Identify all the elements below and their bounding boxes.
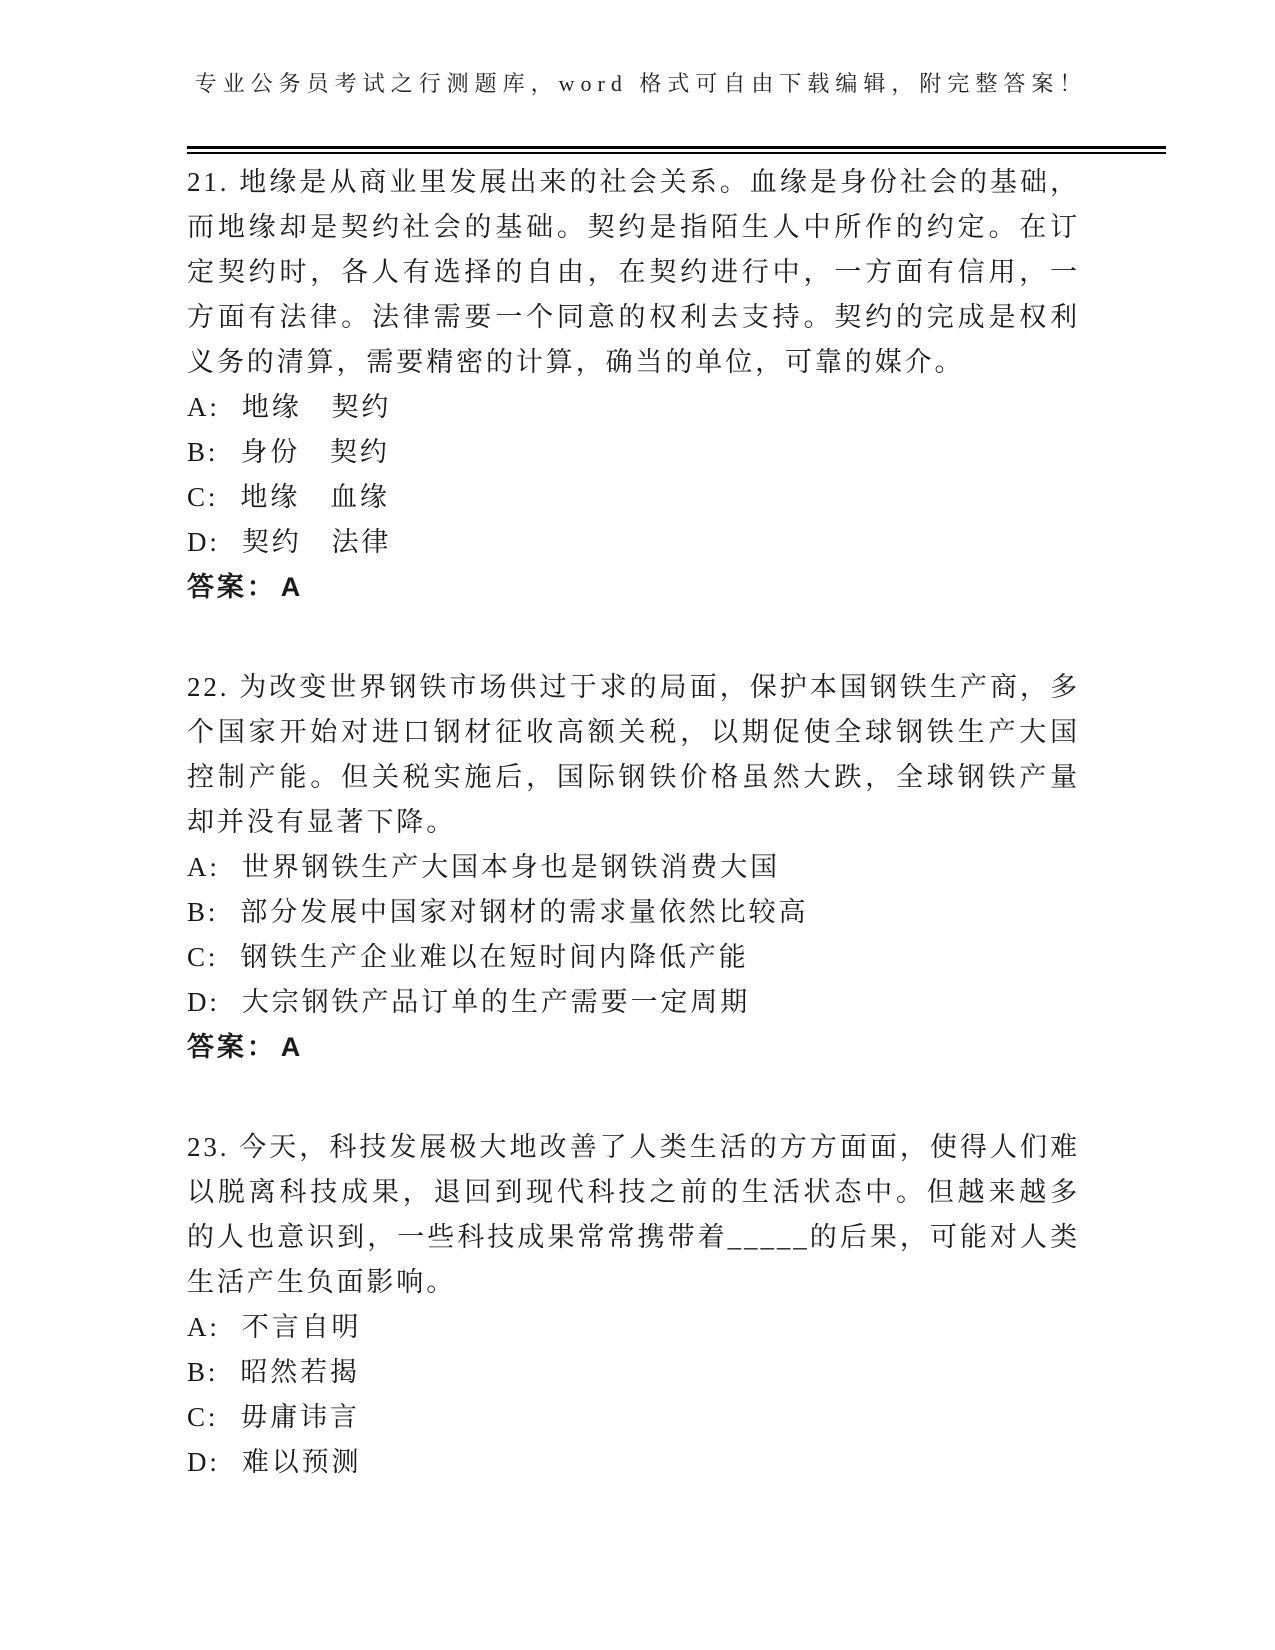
answer-line: 答案：A bbox=[187, 1025, 1080, 1070]
answer-value: A bbox=[281, 572, 303, 602]
option-text: 难以预测 bbox=[242, 1447, 362, 1477]
option-text: 地缘 血缘 bbox=[240, 482, 390, 512]
option-text: 大宗钢铁产品订单的生产需要一定周期 bbox=[242, 987, 750, 1017]
option-text: 身份 契约 bbox=[240, 437, 390, 467]
header-text: 专业公务员考试之行测题库，word 格式可自由下载编辑，附完整答案！ bbox=[195, 71, 1088, 96]
option-row: D:难以预测 bbox=[187, 1440, 1080, 1485]
option-label: A: bbox=[187, 392, 220, 422]
option-label: B: bbox=[187, 1357, 218, 1387]
option-row: D:契约 法律 bbox=[187, 520, 1080, 565]
option-row: C:地缘 血缘 bbox=[187, 475, 1080, 520]
option-row: C:毋庸讳言 bbox=[187, 1395, 1080, 1440]
option-row: D:大宗钢铁产品订单的生产需要一定周期 bbox=[187, 980, 1080, 1025]
option-label: B: bbox=[187, 437, 218, 467]
option-text: 昭然若揭 bbox=[240, 1357, 360, 1387]
option-text: 部分发展中国家对钢材的需求量依然比较高 bbox=[240, 897, 808, 927]
option-text: 钢铁生产企业难以在短时间内降低产能 bbox=[240, 942, 748, 972]
question-stem: 22. 为改变世界钢铁市场供过于求的局面，保护本国钢铁生产商，多个国家开始对进口… bbox=[187, 665, 1080, 845]
question-stem: 23. 今天，科技发展极大地改善了人类生活的方方面面，使得人们难以脱离科技成果，… bbox=[187, 1125, 1080, 1305]
document-header: 专业公务员考试之行测题库，word 格式可自由下载编辑，附完整答案！ bbox=[187, 0, 1095, 106]
option-text: 世界钢铁生产大国本身也是钢铁消费大国 bbox=[242, 852, 780, 882]
option-text: 地缘 契约 bbox=[242, 392, 392, 422]
option-label: A: bbox=[187, 1312, 220, 1342]
question-block-22: 22. 为改变世界钢铁市场供过于求的局面，保护本国钢铁生产商，多个国家开始对进口… bbox=[187, 665, 1080, 1070]
question-block-23: 23. 今天，科技发展极大地改善了人类生活的方方面面，使得人们难以脱离科技成果，… bbox=[187, 1125, 1080, 1485]
option-row: A:世界钢铁生产大国本身也是钢铁消费大国 bbox=[187, 845, 1080, 890]
option-row: B:身份 契约 bbox=[187, 430, 1080, 475]
question-block-21: 21. 地缘是从商业里发展出来的社会关系。血缘是身份社会的基础，而地缘却是契约社… bbox=[187, 160, 1080, 610]
divider-line-thin bbox=[187, 152, 1166, 154]
questions-list: 21. 地缘是从商业里发展出来的社会关系。血缘是身份社会的基础，而地缘却是契约社… bbox=[187, 160, 1080, 1485]
header-divider bbox=[187, 146, 1166, 154]
answer-line: 答案：A bbox=[187, 565, 1080, 610]
option-label: D: bbox=[187, 987, 220, 1017]
document-page: 专业公务员考试之行测题库，word 格式可自由下载编辑，附完整答案！ 21. 地… bbox=[0, 0, 1275, 1650]
option-text: 契约 法律 bbox=[242, 527, 392, 557]
answer-value: A bbox=[281, 1032, 303, 1062]
option-label: A: bbox=[187, 852, 220, 882]
option-text: 毋庸讳言 bbox=[240, 1402, 360, 1432]
option-label: C: bbox=[187, 482, 218, 512]
answer-label: 答案： bbox=[187, 1032, 277, 1062]
option-text: 不言自明 bbox=[242, 1312, 362, 1342]
option-row: C:钢铁生产企业难以在短时间内降低产能 bbox=[187, 935, 1080, 980]
question-stem: 21. 地缘是从商业里发展出来的社会关系。血缘是身份社会的基础，而地缘却是契约社… bbox=[187, 160, 1080, 385]
option-label: C: bbox=[187, 1402, 218, 1432]
option-row: B:昭然若揭 bbox=[187, 1350, 1080, 1395]
option-row: A:地缘 契约 bbox=[187, 385, 1080, 430]
option-label: D: bbox=[187, 1447, 220, 1477]
option-row: A:不言自明 bbox=[187, 1305, 1080, 1350]
options-list: A:地缘 契约 B:身份 契约 C:地缘 血缘 D:契约 法律 bbox=[187, 385, 1080, 565]
option-label: D: bbox=[187, 527, 220, 557]
option-label: C: bbox=[187, 942, 218, 972]
answer-label: 答案： bbox=[187, 572, 277, 602]
options-list: A:世界钢铁生产大国本身也是钢铁消费大国 B:部分发展中国家对钢材的需求量依然比… bbox=[187, 845, 1080, 1025]
divider-line-thick bbox=[187, 146, 1166, 149]
option-label: B: bbox=[187, 897, 218, 927]
option-row: B:部分发展中国家对钢材的需求量依然比较高 bbox=[187, 890, 1080, 935]
options-list: A:不言自明 B:昭然若揭 C:毋庸讳言 D:难以预测 bbox=[187, 1305, 1080, 1485]
